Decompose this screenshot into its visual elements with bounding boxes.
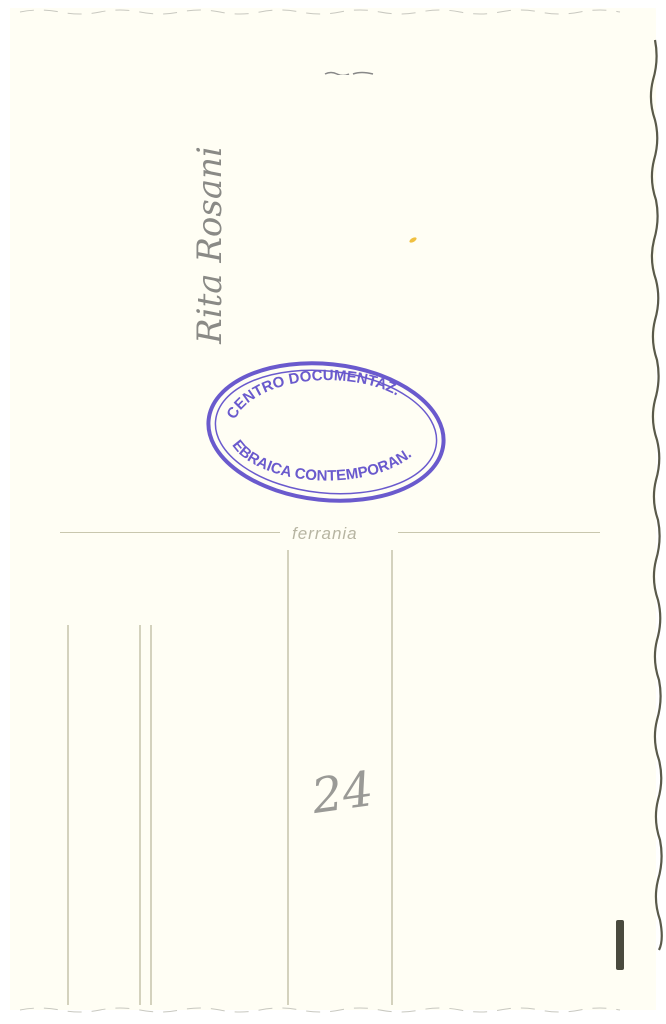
svg-text:EBRAICA CONTEMPORAN.: EBRAICA CONTEMPORAN.: [229, 437, 415, 485]
ink-mark: [616, 920, 624, 970]
pencil-mark-top: [323, 70, 377, 75]
postcard-back: ferrania Rita Rosani 24 CENTRO DOCUMENTA…: [0, 0, 666, 1024]
archive-stamp: CENTRO DOCUMENTAZ. EBRAICA CONTEMPORAN.: [0, 0, 666, 1024]
